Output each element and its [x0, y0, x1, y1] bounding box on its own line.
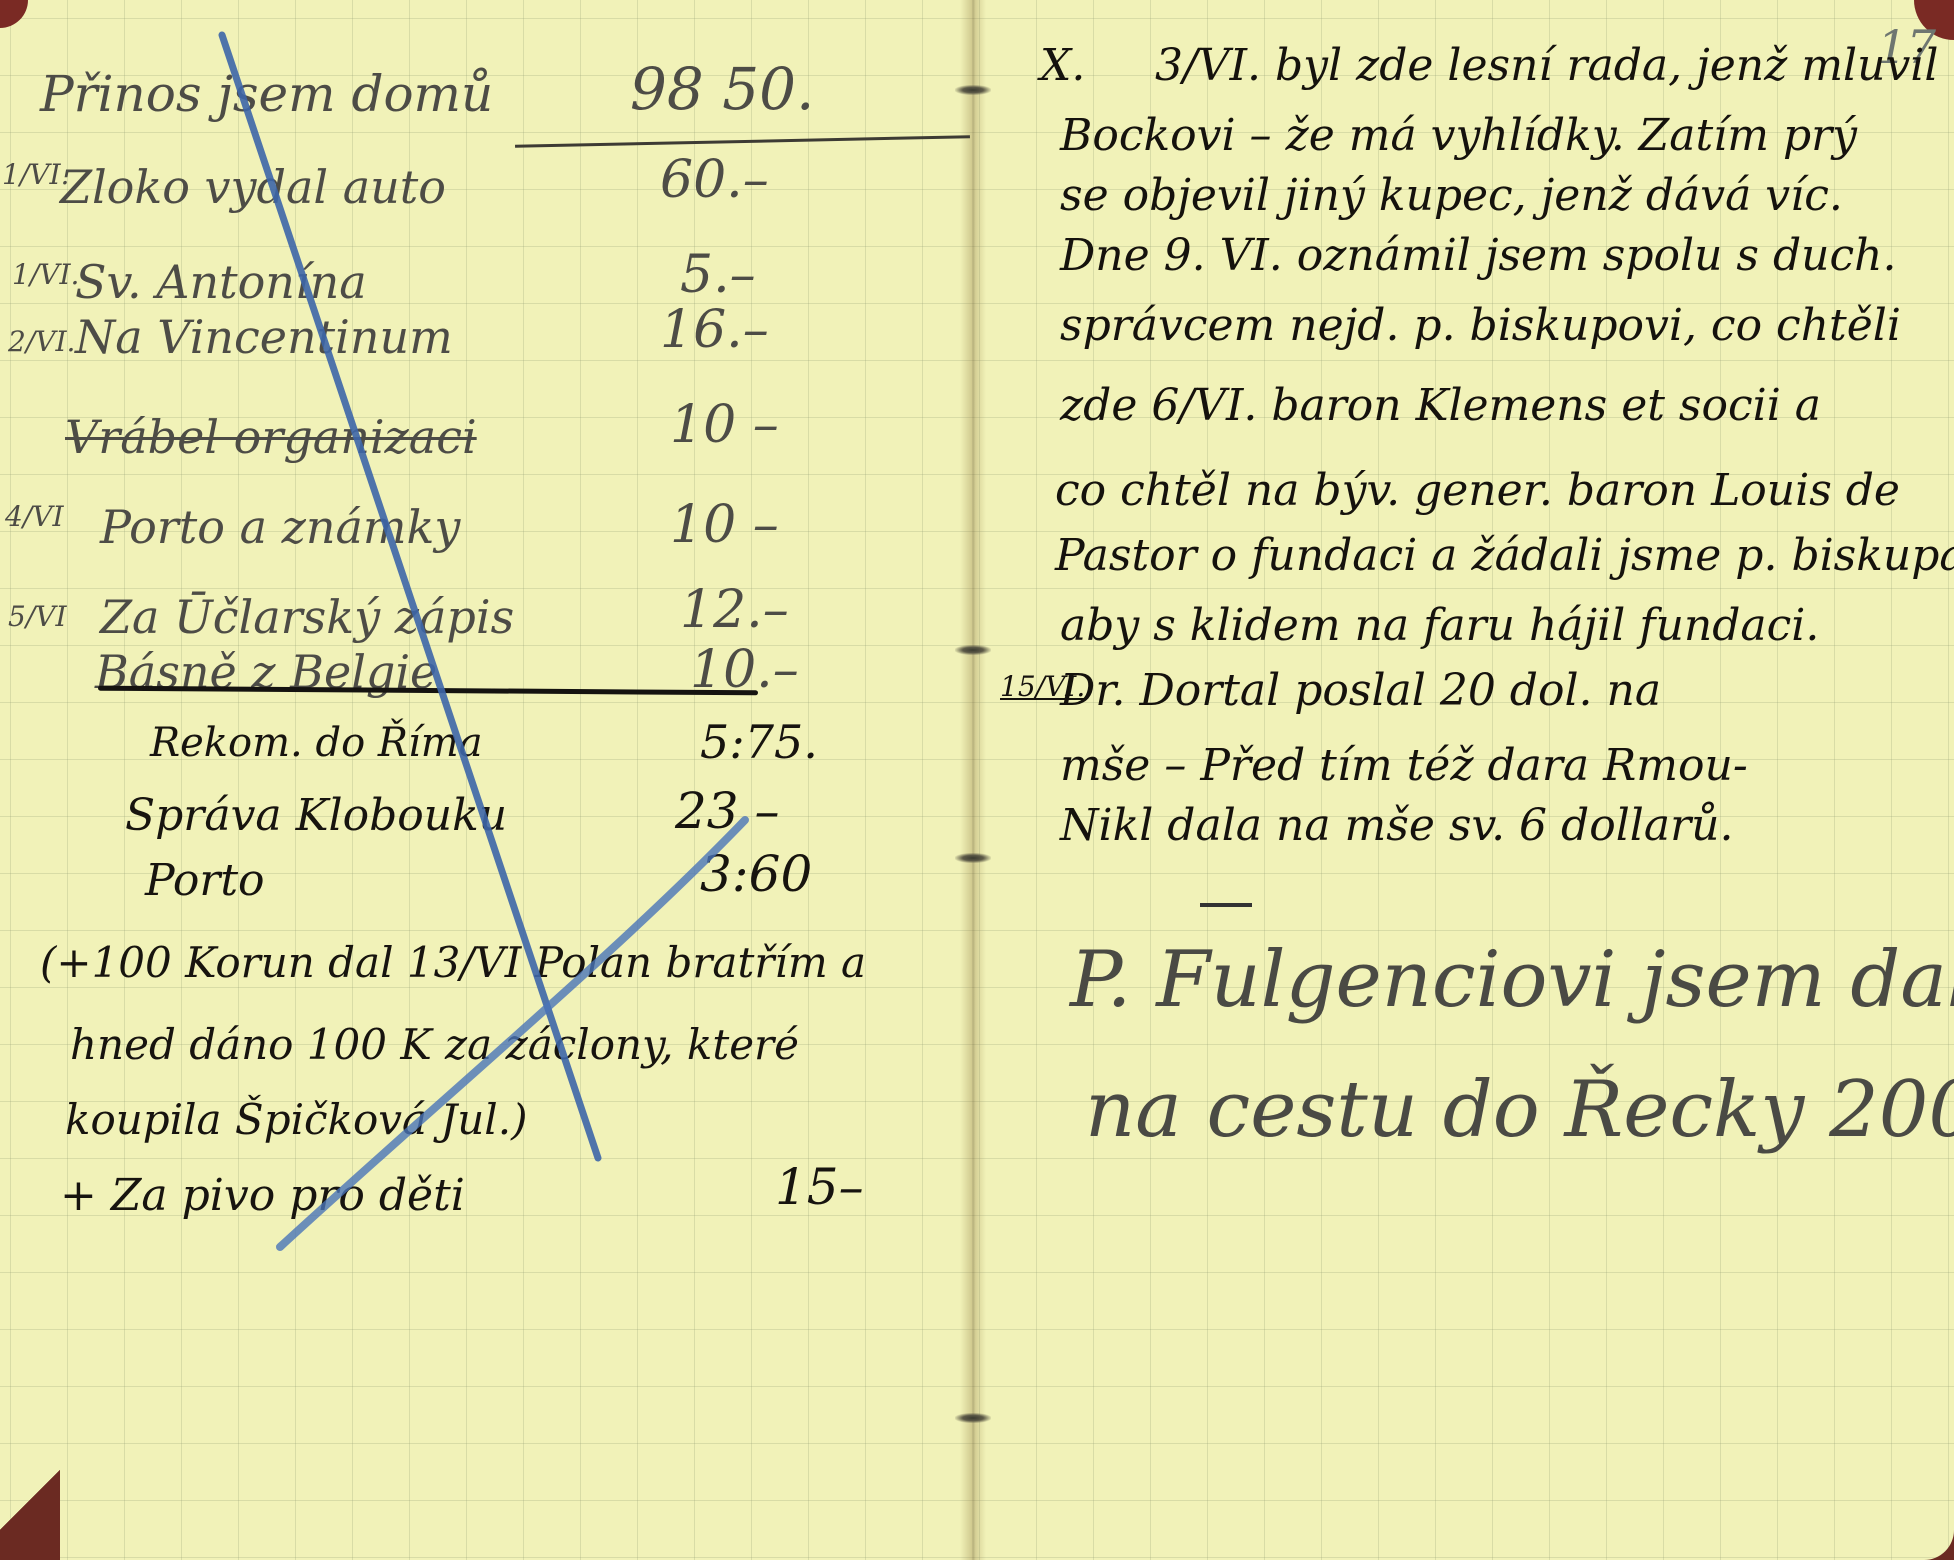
entry-date: 5/VI	[8, 600, 67, 633]
entry-label: Porto a známky	[100, 500, 460, 554]
paragraph-line: Dr. Dortal poslal 20 dol. na	[1060, 665, 1661, 716]
paragraph-line: zde 6/VI. baron Klemens et socii a	[1060, 380, 1821, 431]
entry-label: Rekom. do Říma	[150, 720, 483, 766]
paragraph-line: aby s klidem na faru hájil fundaci.	[1060, 600, 1819, 651]
paragraph-line: 3/VI. byl zde lesní rada, jenž mluvil o	[1155, 40, 1954, 91]
entry-amount: 16.–	[660, 300, 769, 360]
ledger-header-label: Přinos jsem domů	[40, 65, 493, 123]
staple-icon	[955, 1413, 991, 1423]
paragraph-line: správcem nejd. p. biskupovi, co chtěli	[1060, 300, 1901, 351]
left-page: Přinos jsem domů 98 50. 1/VI. Zloko vyda…	[0, 0, 960, 1560]
entry-label: Zloko vydal auto	[60, 160, 446, 214]
entry-amount: 23 –	[675, 782, 780, 840]
paragraph-marker: X.	[1040, 40, 1085, 91]
entry-amount: 10 –	[670, 495, 779, 555]
paragraph-line: se objevil jiný kupec, jenž dává víc.	[1060, 170, 1843, 221]
entry-amount: 12.–	[680, 580, 789, 640]
entry-label: Sv. Antonína	[75, 255, 367, 309]
entry-date: 4/VI	[5, 500, 64, 533]
note-amount: 15–	[775, 1158, 864, 1216]
paragraph-line: Bockovi – že má vyhlídky. Zatím prý	[1060, 110, 1857, 161]
entry-amount: 5.–	[680, 245, 756, 305]
note-line: + Za pivo pro děti	[60, 1170, 465, 1221]
right-page: 17 X. 3/VI. byl zde lesní rada, jenž mlu…	[990, 0, 1954, 1560]
paragraph-line: Pastor o fundaci a žádali jsme p. biskup…	[1055, 530, 1954, 581]
entry-date: 1/VI.	[12, 258, 79, 291]
total-underline	[515, 135, 970, 148]
note-line: koupila Špičková Jul.)	[65, 1095, 527, 1144]
entry-amount: 5:75.	[700, 715, 818, 769]
entry-label: Správa Klobouku	[125, 790, 507, 841]
entry-label: Na Vincentinum	[75, 310, 453, 364]
entry-label: Porto	[145, 855, 265, 906]
entry-date: 2/VI.	[8, 325, 75, 358]
staple-icon	[955, 645, 991, 655]
ledger-header-total: 98 50.	[630, 55, 814, 123]
paragraph-line: co chtěl na býv. gener. baron Louis de	[1055, 465, 1900, 516]
pencil-note-line: na cestu do Řecky 200–	[1085, 1065, 1954, 1155]
entry-amount: 60.–	[660, 150, 769, 210]
entry-label: Za Ūčlarský zápis	[100, 590, 514, 644]
paragraph-line: Nikl dala na mše sv. 6 dollarů.	[1060, 800, 1733, 851]
entry-amount: 3:60	[700, 845, 812, 903]
note-line: hned dáno 100 K za záclony, které	[70, 1020, 799, 1069]
notebook-spread: Přinos jsem domů 98 50. 1/VI. Zloko vyda…	[0, 0, 1954, 1560]
pencil-note-line: P. Fulgenciovi jsem dal	[1070, 935, 1954, 1025]
paragraph-line: Dne 9. VI. oznámil jsem spolu s duch.	[1060, 230, 1896, 281]
paragraph-line: mše – Před tím též dara Rmou-	[1060, 740, 1748, 791]
staple-icon	[955, 853, 991, 863]
entry-label: Vrábel organizaci	[65, 410, 477, 464]
separator-dash	[1200, 903, 1252, 907]
notebook-spine	[960, 0, 986, 1560]
note-line: (+100 Korun dal 13/VI Polan bratřím a	[40, 938, 866, 987]
entry-amount: 10 –	[670, 395, 779, 455]
staple-icon	[955, 85, 991, 95]
